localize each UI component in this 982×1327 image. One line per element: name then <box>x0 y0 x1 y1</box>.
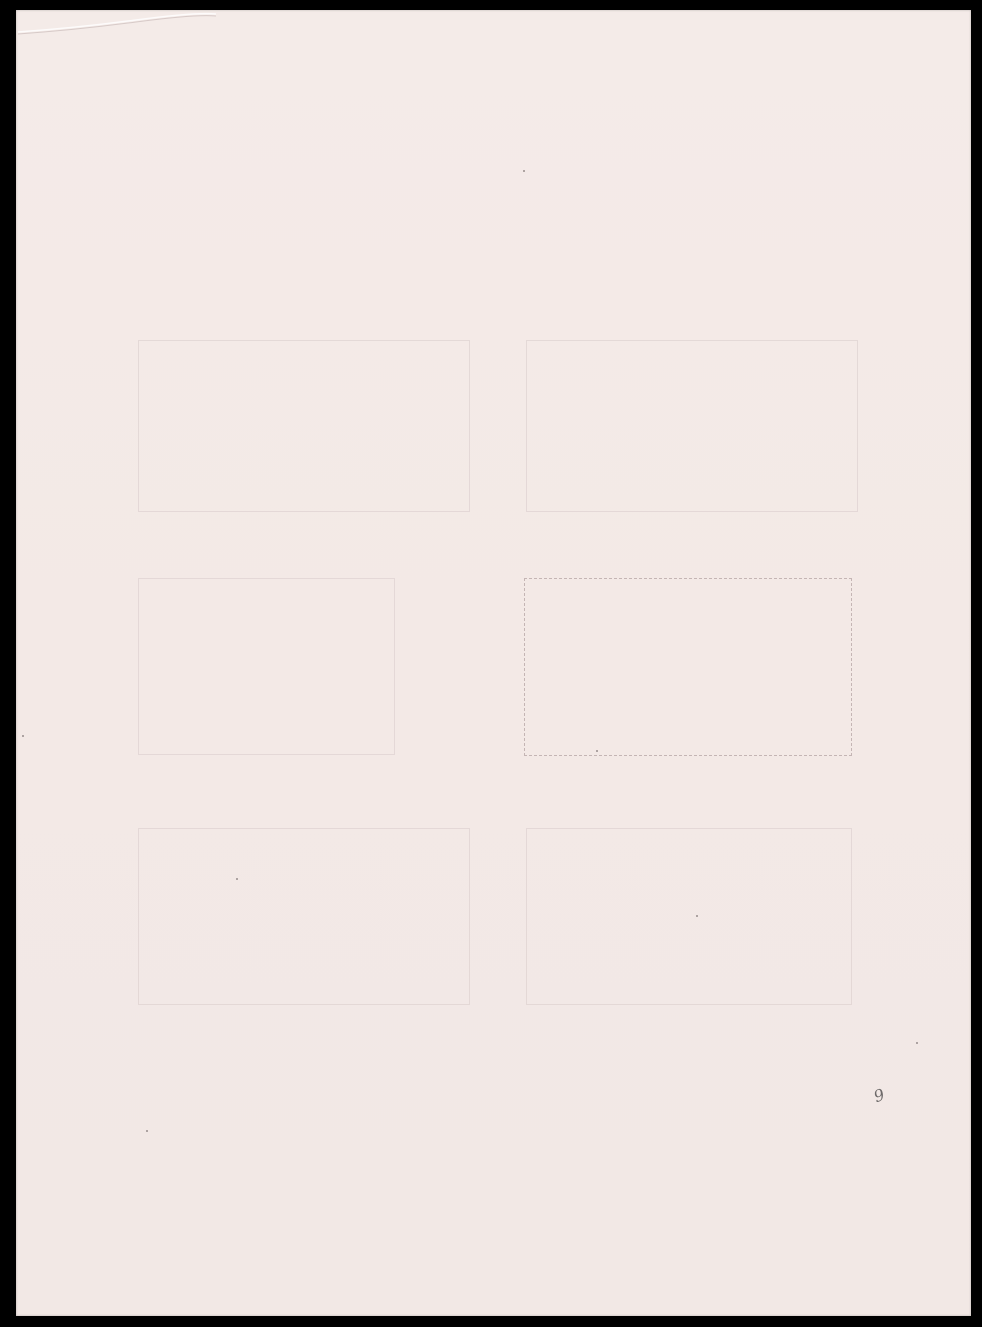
ghost-frame-top-right <box>526 340 858 512</box>
paper-speck <box>696 915 698 917</box>
paper-speck <box>236 878 238 880</box>
corner-crease <box>16 10 216 50</box>
ghost-frame-bottom-right <box>526 828 852 1005</box>
ghost-frame-middle-right <box>524 578 852 756</box>
paper-speck <box>22 735 24 737</box>
pencil-mark: 9 <box>871 1085 887 1106</box>
paper-speck <box>146 1130 148 1132</box>
ghost-frame-middle-left <box>138 578 395 755</box>
ghost-frame-bottom-left <box>138 828 470 1005</box>
paper-speck <box>596 750 598 752</box>
ghost-frame-top-left <box>138 340 470 512</box>
paper-sheet: 9 <box>16 10 971 1316</box>
paper-speck <box>916 1042 918 1044</box>
paper-speck <box>523 170 525 172</box>
